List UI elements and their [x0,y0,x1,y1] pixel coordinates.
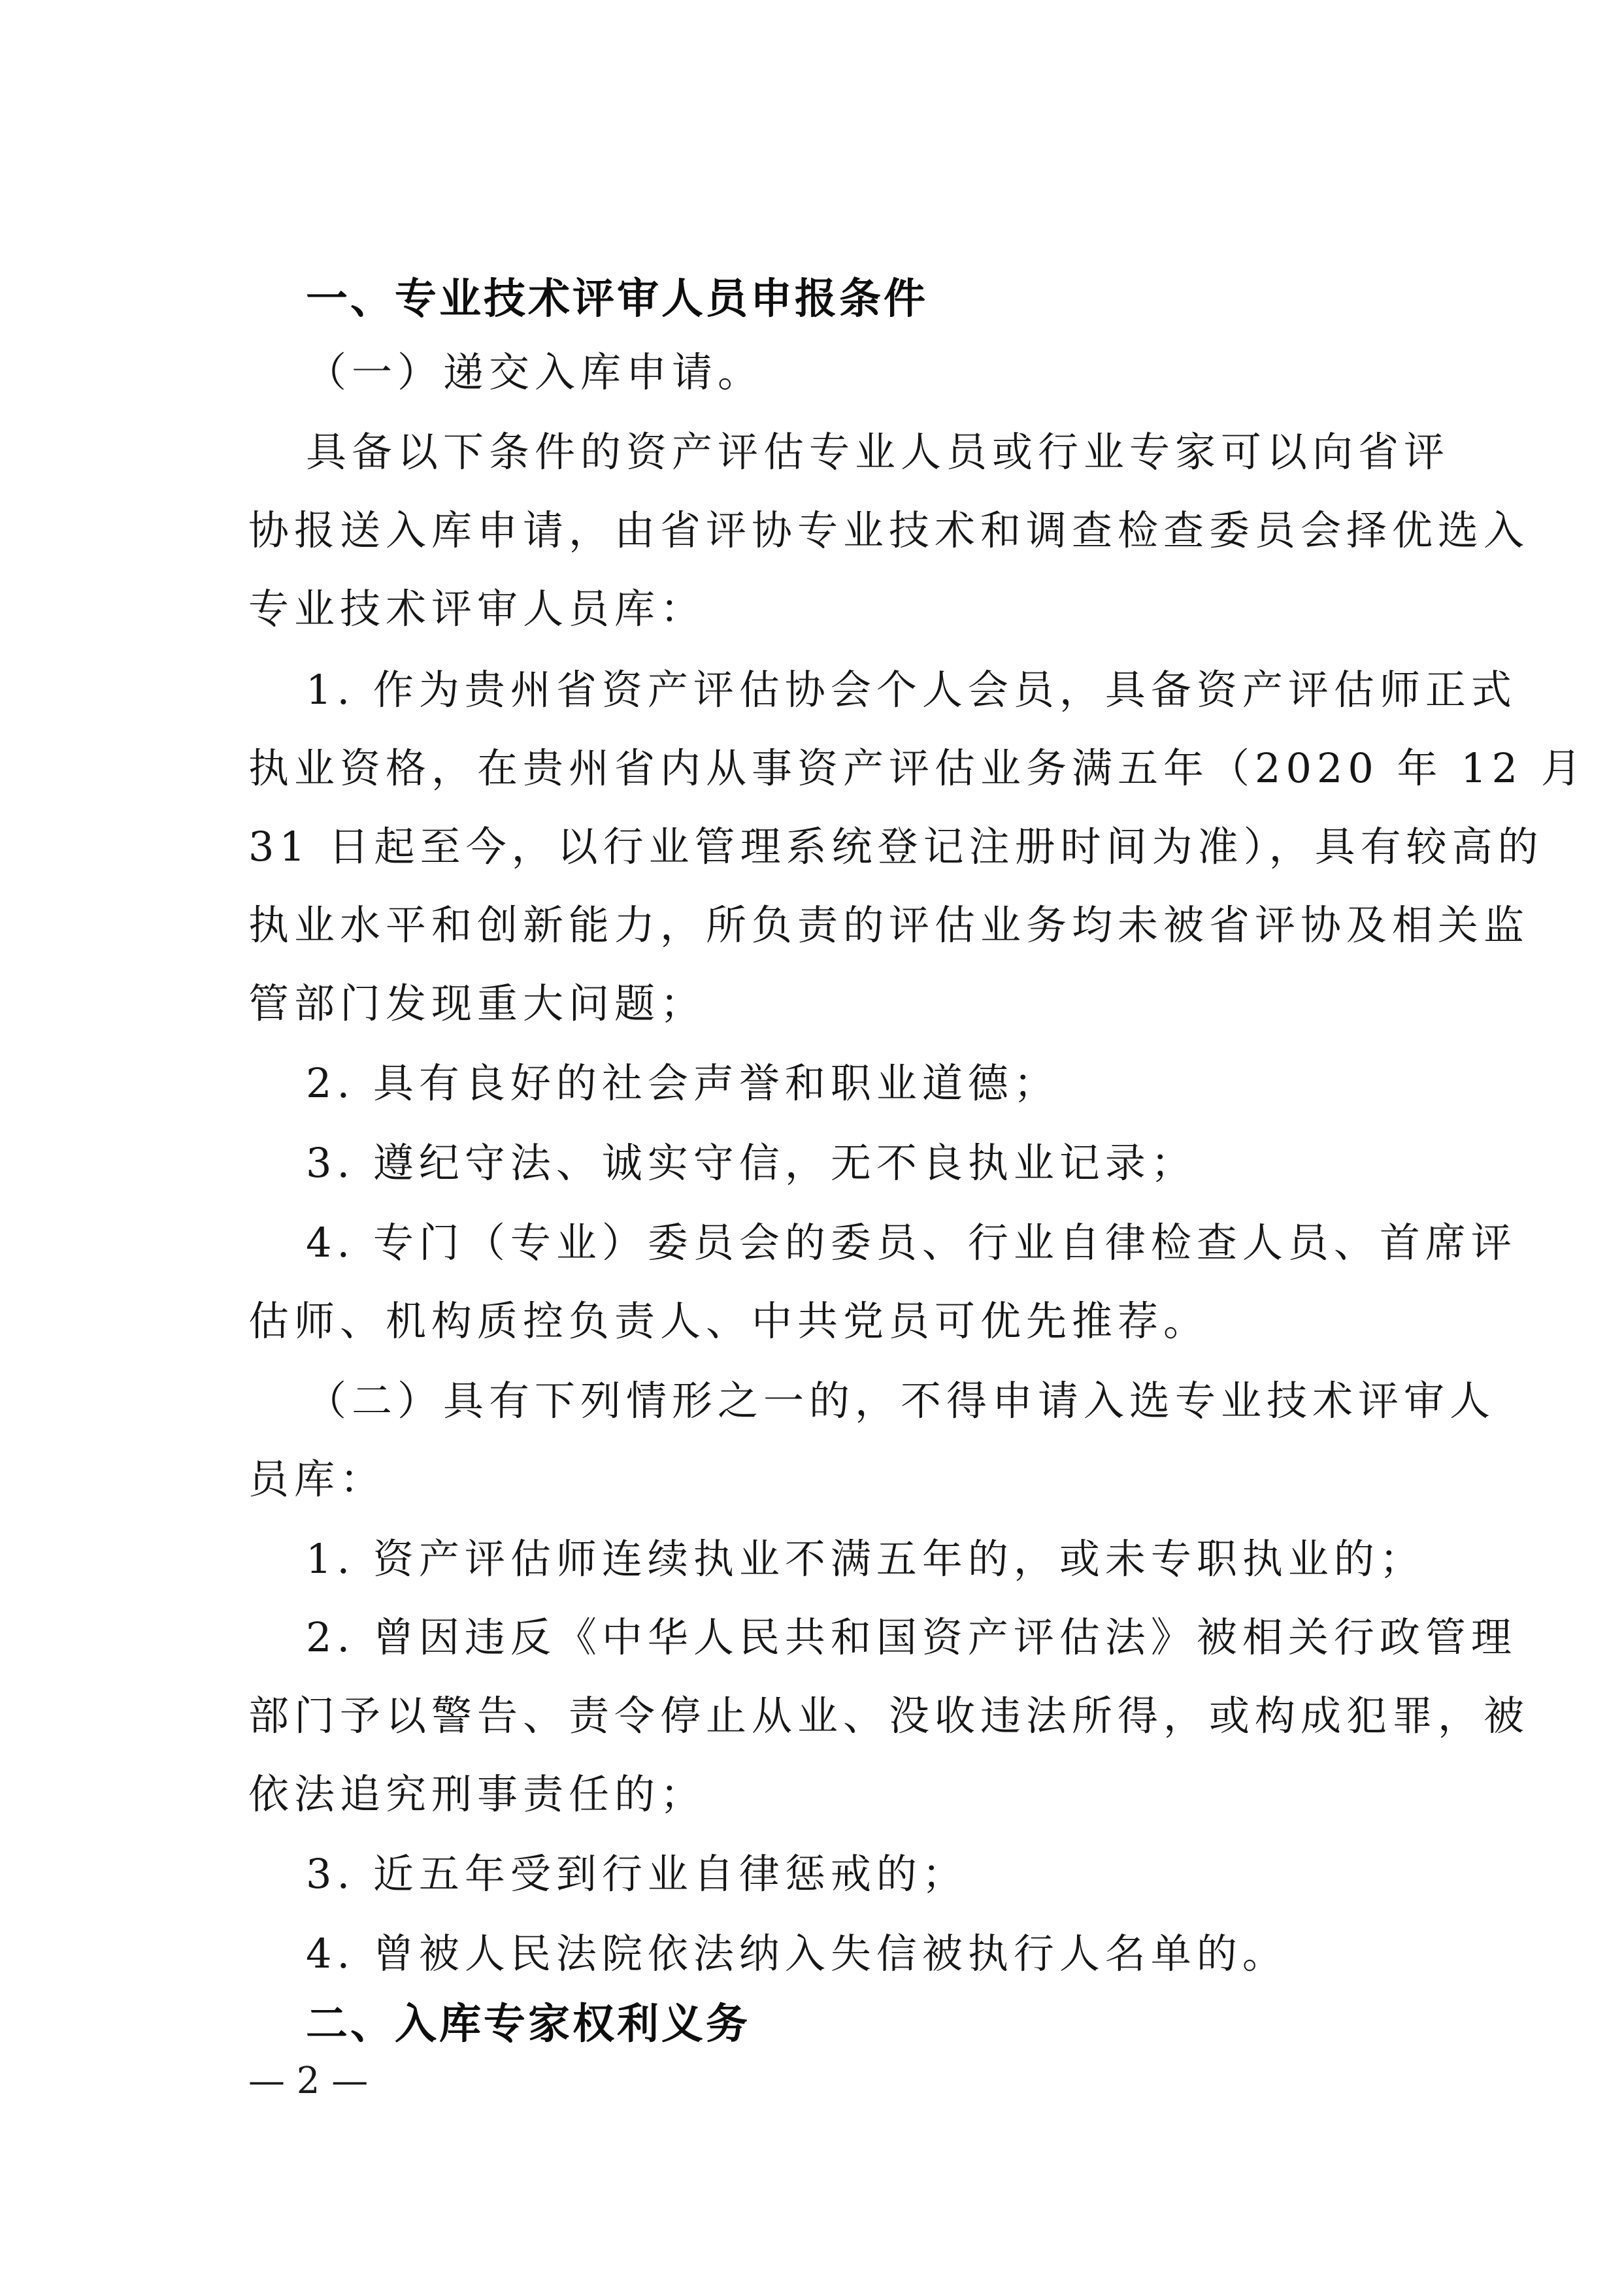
condition-1-line-3: 31 日起至今，以行业管理系统登记注册时间为准），具有较高的 [248,821,1417,873]
condition-1-line-1: 1. 作为贵州省资产评估协会个人会员，具备资产评估师正式 [306,664,1417,716]
exclusion-2-line-2: 部门予以警告、责令停止从业、没收违法所得，或构成犯罪，被 [248,1690,1417,1742]
intro-paragraph-line-1: 具备以下条件的资产评估专业人员或行业专家可以向省评 [306,426,1417,478]
exclusion-3: 3. 近五年受到行业自律惩戒的； [306,1848,968,1900]
subsection-heading-2-line-2: 员库： [248,1453,386,1506]
page-number: — 2 — [248,2058,368,2104]
document-page: 一、专业技术评审人员申报条件 （一）递交入库申请。 具备以下条件的资产评估专业人… [0,0,1624,2293]
condition-4-line-1: 4. 专门（专业）委员会的委员、行业自律检查人员、首席评 [306,1217,1417,1269]
intro-paragraph-line-3: 专业技术评审人员库： [248,583,706,635]
subsection-heading-2-line-1: （二）具有下列情形之一的，不得申请入选专业技术评审人 [306,1375,1417,1427]
section-heading-2: 二、入库专家权利义务 [306,1998,750,2051]
condition-1-line-2: 执业资格，在贵州省内从事资产评估业务满五年（2020 年 12 月 [248,742,1417,795]
subsection-heading-1: （一）递交入库申请。 [306,346,763,399]
exclusion-1: 1. 资产评估师连续执业不满五年的，或未专职执业的； [306,1533,1425,1585]
section-heading-1: 一、专业技术评审人员申报条件 [306,273,928,325]
condition-1-line-4: 执业水平和创新能力，所负责的评估业务均未被省评协及相关监 [248,899,1417,951]
intro-paragraph-line-2: 协报送入库申请，由省评协专业技术和调查检查委员会择优选入 [248,504,1417,557]
condition-4-line-2: 估师、机构质控负责人、中共党员可优先推荐。 [248,1295,1209,1347]
condition-3: 3. 遵纪守法、诚实守信，无不良执业记录； [306,1137,1197,1189]
exclusion-2-line-1: 2. 曾因违反《中华人民共和国资产评估法》被相关行政管理 [306,1611,1417,1664]
condition-2: 2. 具有良好的社会声誉和职业道德； [306,1057,1059,1110]
exclusion-2-line-3: 依法追究刑事责任的； [248,1768,706,1821]
condition-1-line-5: 管部门发现重大问题； [248,978,706,1030]
exclusion-4: 4. 曾被人民法院依法纳入失信被执行人名单的。 [306,1928,1288,1980]
